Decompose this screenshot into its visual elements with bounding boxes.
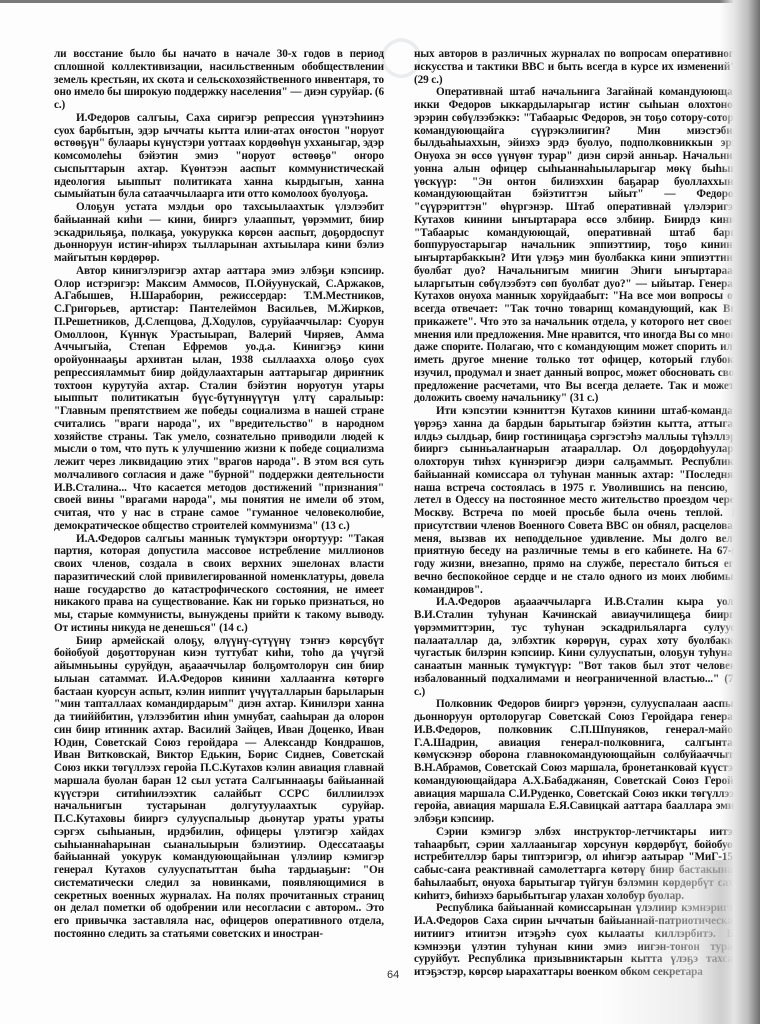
right-paragraph-3: Ити кэпсэтии кэнниттэн Кутахов кинини шт… [414,405,739,596]
right-column: ных авторов в различных журналах по вопр… [414,48,739,979]
left-paragraph-2: И.Федоров салгыы, Саха сиригэр репрессия… [54,112,384,201]
page-number: 64 [387,969,399,981]
left-paragraph-5: И.А.Федоров салгыы маннык түмүктэри оҥор… [54,533,384,635]
right-paragraph-2: Оперативнай штаб начальнига Загайнай ком… [414,86,739,405]
left-paragraph-3: Олоҕун устата мэлдьи оро тахсыылаахтык ү… [54,201,384,265]
left-paragraph-4: Автор кинигэлэригэр ахтар ааттара эмиэ э… [54,265,384,533]
right-paragraph-4: И.А.Федоров аҕаааччыларга И.В.Сталин кыр… [414,596,739,698]
page-edge-shadow [720,0,760,1024]
right-paragraph-1: ных авторов в различных журналах по вопр… [414,48,739,86]
left-column: ли восстание было бы начато в начале 30-… [54,48,384,941]
right-paragraph-5: Полковник Федоров бииргэ үөрэнэн, сулуус… [414,698,739,826]
left-paragraph-1: ли восстание было бы начато в начале 30-… [54,48,384,112]
left-paragraph-6: Биир армейскай олоҕу, өлүүнү-сүтүүнү тэҥ… [54,635,384,941]
